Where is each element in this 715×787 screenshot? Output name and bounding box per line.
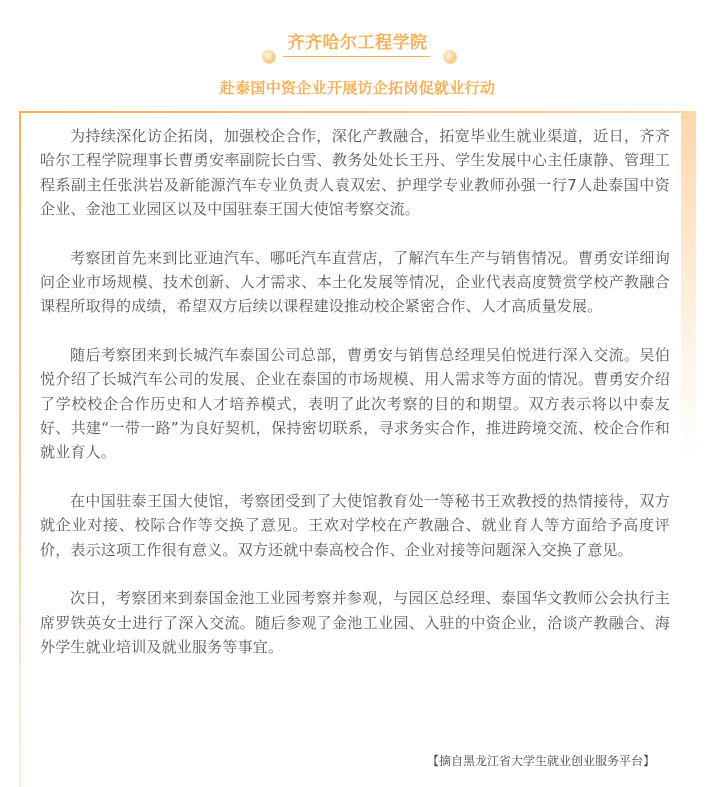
article-subtitle: 赴泰国中资企业开展访企拓岗促就业行动 (0, 77, 715, 98)
paragraph-great-wall-visit: 随后考察团来到长城汽车泰国公司总部，曹勇安与销售总经理吴伯悦进行深入交流。吴伯悦… (40, 343, 670, 465)
card-top-border (19, 111, 681, 113)
paragraph-byd-visit: 考察团首先来到比亚迪汽车、哪吒汽车直营店，了解汽车生产与销售情况。曹勇安详细询问… (40, 246, 670, 319)
paragraph-embassy-visit: 在中国驻泰王国大使馆，考察团受到了大使馆教育处一等秘书王欢教授的热情接待，双方就… (40, 489, 670, 562)
card-right-accent-bar (681, 111, 696, 461)
article-body: 为持续深化访企拓岗，加强校企合作，深化产教融合，拓宽毕业生就业渠道，近日，齐齐哈… (40, 124, 670, 683)
paragraph-industrial-park-visit: 次日，考察团来到泰国金池工业园考察并参观，与园区总经理、泰国华文教师公会执行主席… (40, 586, 670, 659)
paragraph-intro: 为持续深化访企拓岗，加强校企合作，深化产教融合，拓宽毕业生就业渠道，近日，齐齐哈… (40, 124, 670, 222)
school-name-title: 齐齐哈尔工程学院 (0, 28, 715, 53)
article-source-note: 【摘自黑龙江省大学生就业创业服务平台】 (0, 752, 655, 769)
card-left-border (19, 111, 21, 787)
decorative-circle-icon (262, 50, 275, 63)
article-header: 齐齐哈尔工程学院 赴泰国中资企业开展访企拓岗促就业行动 (0, 0, 715, 108)
decorative-circle-icon (443, 50, 456, 63)
title-underline-divider (283, 56, 430, 57)
